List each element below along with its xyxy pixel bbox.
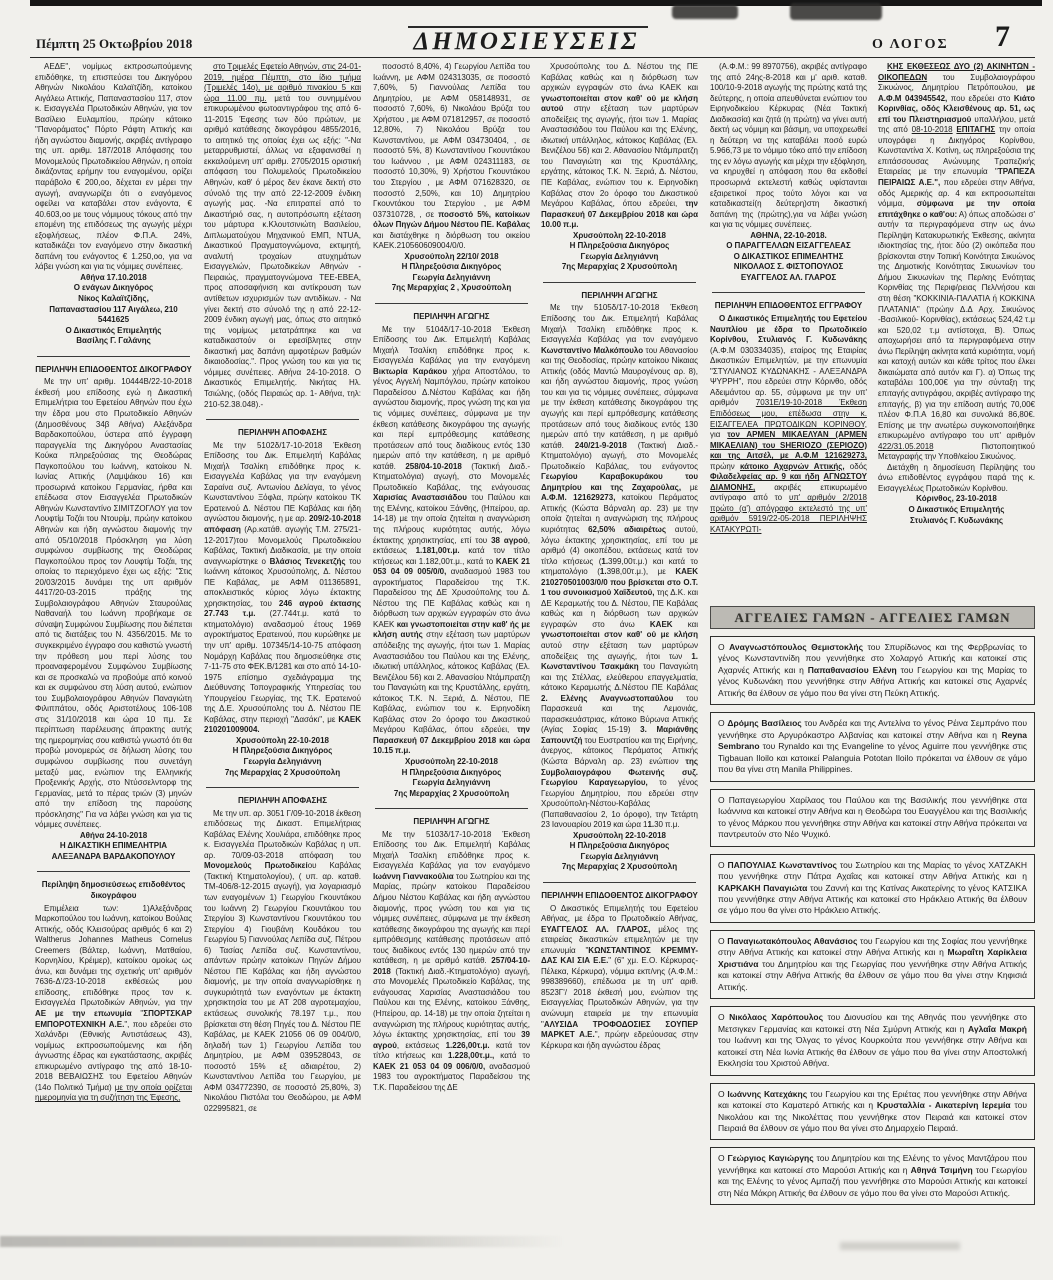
signature-line: Ο Δικαστικός Επιμελητής <box>35 326 192 337</box>
wedding-announcement: Ο Νικόλαος Χαρόπουλος του Διονυσίου και … <box>710 1006 1035 1075</box>
wedding-announcement: Ο Ιωάννης Κατεχάκης του Γεωργίου και της… <box>710 1083 1035 1141</box>
signature-line: Η Πληρεξούσια Δικηγόρος <box>541 841 698 852</box>
notice-signature: ΑΘΗΝΑ, 22-10-2018.Ο ΠΑΡΑΓΓΕΛΛΩΝ ΕΙΣΑΓΓΕΛ… <box>710 231 867 284</box>
notice-paragraph: Με την υπ' αριθμ. 10444Β/22-10-2018 έκθε… <box>35 377 192 831</box>
notice-signature: Κόρινθος, 23-10-2018Ο Δικαστικός Επιμελη… <box>878 494 1035 526</box>
signature-line: 7ης Μεραρχίας 2 Χρυσούπολη <box>541 262 698 273</box>
notice-heading: ΠΕΡΙΛΗΨΗ ΕΠΙΔΟΘΕΝΤΟΣ ΔΙΚΟΓΡΑΦΟΥ <box>541 891 698 902</box>
notice-paragraph: ΚΗΣ ΕΚΘΕΣΕΩΣ ΔΥΟ (2) ΑΚΙΝΗΤΩΝ - ΟΙΚΟΠΕΔΩ… <box>878 62 1035 463</box>
signature-line: Η ΔΙΚΑΣΤΙΚΗ ΕΠΙΜΕΛΗΤΡΙΑ <box>35 841 192 852</box>
notice-heading: ΠΕΡΙΛΗΨΗ ΑΠΟΦΑΣΗΣ <box>204 796 361 807</box>
signature-line: Η Πληρεξούσια Δικηγόρος <box>373 768 530 779</box>
signature-line: Χρυσούπολη 22-10-2018 <box>541 831 698 842</box>
notice-heading: ΠΕΡΙΛΗΨΗ ΑΓΩΓΗΣ <box>373 817 530 828</box>
signature-line: Παπαναστασίου 117 Αιγάλεω, 210 5441625 <box>35 305 192 326</box>
signature-line: 7ης Μεραρχίας 2 Χρυσούπολη <box>541 862 698 873</box>
notice-heading: Περίληψη δημοσιεύσεως επιδοθέντος δικογρ… <box>35 880 192 901</box>
text-column-5: (Α.Φ.Μ.: 99 8970756), ακριβές αντίγραφο … <box>710 62 867 622</box>
text-column-3: ποσοστό 8,40%, 4) Γεωργίου Λεπίδα του Ιω… <box>373 62 530 1167</box>
signature-line: ΑΛΕΞΑΝΔΡΑ ΒΑΡΔΑΚΟΠΟΥΛΟΥ <box>35 852 192 863</box>
notice-paragraph: ΑΕΔΕ", νομίμως εκπροσωπούμενης επιδόθηκε… <box>35 62 192 273</box>
wedding-announcement: Ο Παπαγεωργίου Χαρίλαος του Παύλου και τ… <box>710 789 1035 847</box>
scan-artifact-top-bar <box>30 0 1042 6</box>
newspaper-name: Ο ΛΟΓΟΣ <box>872 37 949 53</box>
signature-line: Γεωργία Δεληγιάννη <box>373 778 530 789</box>
signature-line: Στυλιανός Γ. Κυδωνάκης <box>878 516 1035 527</box>
notice-divider <box>543 282 696 283</box>
signature-line: Η Πληρεξούσια Δικηγόρος <box>204 746 361 757</box>
signature-line: Χρυσούπολη 22/10/ 2018 <box>373 252 530 263</box>
notice-paragraph: Διετάχθη η δημοσίευση Περίληψης του άνω … <box>878 463 1035 495</box>
notice-divider <box>37 871 190 872</box>
notice-paragraph: Με την 5103δ/17-10-2018 Έκθεση Επίδοσης … <box>373 830 530 1094</box>
text-column-6: ΚΗΣ ΕΚΘΕΣΕΩΣ ΔΥΟ (2) ΑΚΙΝΗΤΩΝ - ΟΙΚΟΠΕΔΩ… <box>878 62 1035 622</box>
header-rule-top <box>408 26 648 28</box>
text-column-4: Χρυσούπολης του Δ. Νέστου της ΠΕ Καβάλας… <box>541 62 698 1167</box>
signature-line: Χρυσούπολη 22-10-2018 <box>373 757 530 768</box>
newspaper-page: { "colors": {"paper": "#f1f0ec", "ink": … <box>0 0 1053 1280</box>
signature-line: Ο ΠΑΡΑΓΓΕΛΛΩΝ ΕΙΣΑΓΓΕΛΕΑΣ <box>710 241 867 252</box>
notice-paragraph: Με την 5105δ/17-10-2018 Έκθεση Επίδοσης … <box>541 303 698 830</box>
notice-signature: Χρυσούπολη 22-10-2018Η Πληρεξούσια Δικηγ… <box>204 736 361 778</box>
signature-line: Γεωργία Δεληγιάννη <box>541 852 698 863</box>
signature-line: Χρυσούπολη 22-10-2018 <box>541 231 698 242</box>
notice-paragraph: Ο Δικαστικός Επιμελητής του Εφετείου Αθή… <box>541 904 698 1052</box>
signature-line: Αθήνα 17.10.2018 <box>35 273 192 284</box>
marriage-announcements-banner: ΑΓΓΕΛΙΕΣ ΓΑΜΩΝ - ΑΓΓΕΛΙΕΣ ΓΑΜΩΝ <box>710 606 1035 629</box>
notice-paragraph: Ο Δικαστικός Επιμελητής του Εφετείου Ναυ… <box>710 314 867 535</box>
signature-line: Η Πληρεξούσια Δικηγόρος <box>541 241 698 252</box>
notice-heading: ΠΕΡΙΛΗΨΗ ΑΓΩΓΗΣ <box>373 312 530 323</box>
notice-divider <box>37 356 190 357</box>
signature-line: ΑΘΗΝΑ, 22-10-2018. <box>710 231 867 242</box>
notice-divider <box>206 419 359 420</box>
wedding-announcement: Ο Παναγιωτακόπουλος Αθανάσιος του Γεωργί… <box>710 930 1035 999</box>
notice-signature: Χρυσούπολη 22-10-2018Η Πληρεξούσια Δικηγ… <box>541 231 698 273</box>
header-rule-bottom <box>30 57 1035 58</box>
notice-paragraph: Επιμέλεια των: 1)Αλεξάνδρας Μαρκοπούλου … <box>35 904 192 1104</box>
notice-heading: ΠΕΡΙΛΗΨΗ ΕΠΙΔΟΘΕΝΤΟΣ ΕΓΓΡΑΦΟΥ <box>710 301 867 312</box>
signature-line: Γεωργία Δεληγιάννη <box>373 273 530 284</box>
signature-line: Γεωργία Δεληγιάννη <box>204 757 361 768</box>
notice-heading: ΠΕΡΙΛΗΨΗ ΕΠΙΔΟΘΕΝΤΟΣ ΔΙΚΟΓΡΑΦΟΥ <box>35 365 192 376</box>
wedding-announcement: Ο ΠΑΠΟΥΛΙΑΣ Κωνσταντίνος του Σωτηρίου κα… <box>710 854 1035 923</box>
notice-paragraph: στο Τριμελές Εφετείο Αθηνών, στις 24-01-… <box>204 62 361 410</box>
text-column-2: στο Τριμελές Εφετείο Αθηνών, στις 24-01-… <box>204 62 361 1167</box>
notice-paragraph: Με την υπ. αρ. 3051 Γ/09-10-2018 έκθεση … <box>204 809 361 1115</box>
page-number: 7 <box>995 20 1010 54</box>
signature-line: Η Πληρεξούσια Δικηγόρος <box>373 262 530 273</box>
signature-line: Κόρινθος, 23-10-2018 <box>878 494 1035 505</box>
signature-line: ΝΙΚΟΛΑΟΣ Σ. ΦΙΣΤΟΠΟΥΛΟΣ <box>710 262 867 273</box>
notice-signature: Χρυσούπολη 22-10-2018Η Πληρεξούσια Δικηγ… <box>373 757 530 799</box>
notice-signature: Αθήνα 17.10.2018Ο ενάγων ΔικηγόροςΝίκος … <box>35 273 192 347</box>
notice-signature: Χρυσούπολη 22/10/ 2018Η Πληρεξούσια Δικη… <box>373 252 530 294</box>
signature-line: 7ης Μεραρχίας 2 , Χρυσούπολη <box>373 283 530 294</box>
scan-artifact-bottom-smudge <box>840 1242 960 1250</box>
notice-paragraph: ποσοστό 8,40%, 4) Γεωργίου Λεπίδα του Ιω… <box>373 62 530 252</box>
notice-paragraph: (Α.Φ.Μ.: 99 8970756), ακριβές αντίγραφο … <box>710 62 867 231</box>
wedding-announcement: Ο Γεώργιος Καγιώργης του Δημητρίου και τ… <box>710 1147 1035 1205</box>
notice-paragraph: Με την 5104δ/17-10-2018 Έκθεση Επίδοσης … <box>373 325 530 757</box>
notice-paragraph: Χρυσούπολης του Δ. Νέστου της ΠΕ Καβάλας… <box>541 62 698 231</box>
notice-paragraph: Με την 5102δ/17-10-2018 Έκθεση Επίδοσης … <box>204 441 361 736</box>
scan-artifact-smudge <box>790 3 882 20</box>
text-column-1: ΑΕΔΕ", νομίμως εκπροσωπούμενης επιδόθηκε… <box>35 62 192 1167</box>
signature-line: Νίκος Καλαϊτζίδης, <box>35 294 192 305</box>
signature-line: 7ης Μεραρχίας 2 Χρυσούπολη <box>204 768 361 779</box>
wedding-announcement: Ο Αναγνωστόπουλος Θεμιστοκλής του Σπυρίδ… <box>710 636 1035 705</box>
signature-line: Βασίλης Γ. Γαλάνης <box>35 336 192 347</box>
notice-heading: ΠΕΡΙΛΗΨΗ ΑΠΟΦΑΣΗΣ <box>204 428 361 439</box>
notice-signature: Αθήνα 24-10-2018Η ΔΙΚΑΣΤΙΚΗ ΕΠΙΜΕΛΗΤΡΙΑΑ… <box>35 831 192 863</box>
notice-divider <box>206 787 359 788</box>
signature-line: Ο ενάγων Δικηγόρος <box>35 283 192 294</box>
wedding-announcement: Ο Δρόμης Βασίλειος του Ανδρέα και της Αν… <box>710 712 1035 781</box>
notice-divider <box>543 882 696 883</box>
signature-line: 7ης Μεραρχίας 2 Χρυσούπολη <box>373 789 530 800</box>
signature-line: Γεωργία Δεληγιάννη <box>541 252 698 263</box>
signature-line: Ο Δικαστικός Επιμελητής <box>878 505 1035 516</box>
marriage-announcements-list: Ο Αναγνωστόπουλος Θεμιστοκλής του Σπυρίδ… <box>710 636 1035 1205</box>
notice-signature: Χρυσούπολη 22-10-2018Η Πληρεξούσια Δικηγ… <box>541 831 698 873</box>
scan-artifact-smudge <box>672 5 738 19</box>
notice-heading: ΠΕΡΙΛΗΨΗ ΑΓΩΓΗΣ <box>541 291 698 302</box>
notice-divider <box>375 808 528 809</box>
marriage-announcements-section: ΑΓΓΕΛΙΕΣ ΓΑΜΩΝ - ΑΓΓΕΛΙΕΣ ΓΑΜΩΝ Ο Αναγνω… <box>710 606 1035 1205</box>
signature-line: Ο ΔΙΚΑΣΤΙΚΟΣ ΕΠΙΜΕΛΗΤΗΣ <box>710 252 867 263</box>
notice-divider <box>712 292 865 293</box>
notice-divider <box>375 303 528 304</box>
signature-line: Αθήνα 24-10-2018 <box>35 831 192 842</box>
signature-line: ΕΥΑΓΓΕΛΟΣ ΑΛ. ΓΛΑΡΟΣ <box>710 273 867 284</box>
scan-artifact-bottom-band <box>0 1236 565 1247</box>
signature-line: Χρυσούπολη 22-10-2018 <box>204 736 361 747</box>
